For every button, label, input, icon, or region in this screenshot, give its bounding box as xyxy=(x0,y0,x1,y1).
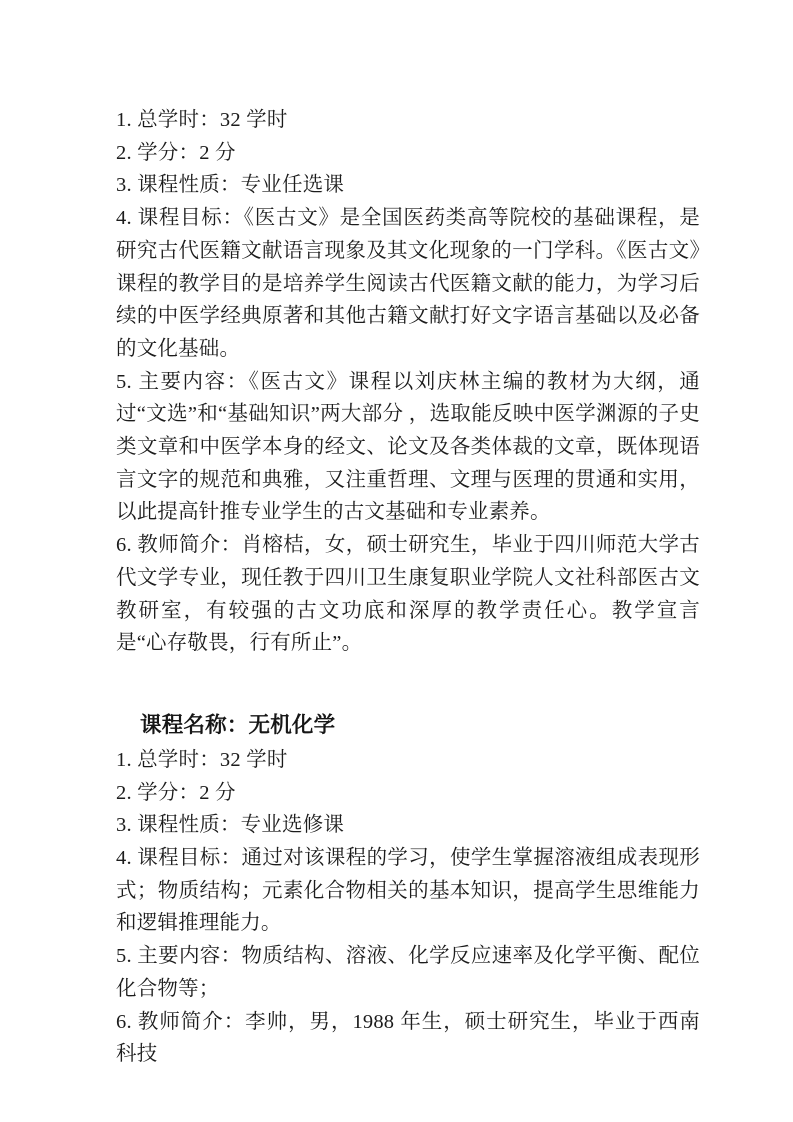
item-credits: 2. 学分：2 分 xyxy=(116,777,700,810)
item-course-goal: 4. 课程目标：通过对该课程的学习，使学生掌握溶液组成表现形式；物质结构；元素化… xyxy=(116,842,700,940)
item-main-content: 5. 主要内容：《医古文》课程以刘庆林主编的教材为大纲，通过“文选”和“基础知识… xyxy=(116,366,700,530)
course-section-medical-classical-chinese: 1. 总学时：32 学时 2. 学分：2 分 3. 课程性质：专业任选课 4. … xyxy=(116,104,700,660)
item-course-goal: 4. 课程目标：《医古文》是全国医药类高等院校的基础课程，是研究古代医籍文献语言… xyxy=(116,202,700,366)
item-course-type: 3. 课程性质：专业任选课 xyxy=(116,169,700,202)
item-main-content: 5. 主要内容：物质结构、溶液、化学反应速率及化学平衡、配位化合物等； xyxy=(116,940,700,1005)
course-title-heading: 课程名称：无机化学 xyxy=(116,709,700,742)
course-section-inorganic-chemistry: 课程名称：无机化学 1. 总学时：32 学时 2. 学分：2 分 3. 课程性质… xyxy=(116,709,700,1071)
item-total-hours: 1. 总学时：32 学时 xyxy=(116,744,700,777)
document-page: 1. 总学时：32 学时 2. 学分：2 分 3. 课程性质：专业任选课 4. … xyxy=(0,0,793,1122)
item-teacher-intro: 6. 教师简介：李帅，男，1988 年生，硕士研究生，毕业于西南科技 xyxy=(116,1006,700,1071)
item-course-type: 3. 课程性质：专业选修课 xyxy=(116,809,700,842)
item-total-hours: 1. 总学时：32 学时 xyxy=(116,104,700,137)
page-content: 1. 总学时：32 学时 2. 学分：2 分 3. 课程性质：专业任选课 4. … xyxy=(116,104,700,1071)
item-teacher-intro: 6. 教师简介：肖榕桔，女，硕士研究生，毕业于四川师范大学古代文学专业，现任教于… xyxy=(116,529,700,660)
item-credits: 2. 学分：2 分 xyxy=(116,137,700,170)
